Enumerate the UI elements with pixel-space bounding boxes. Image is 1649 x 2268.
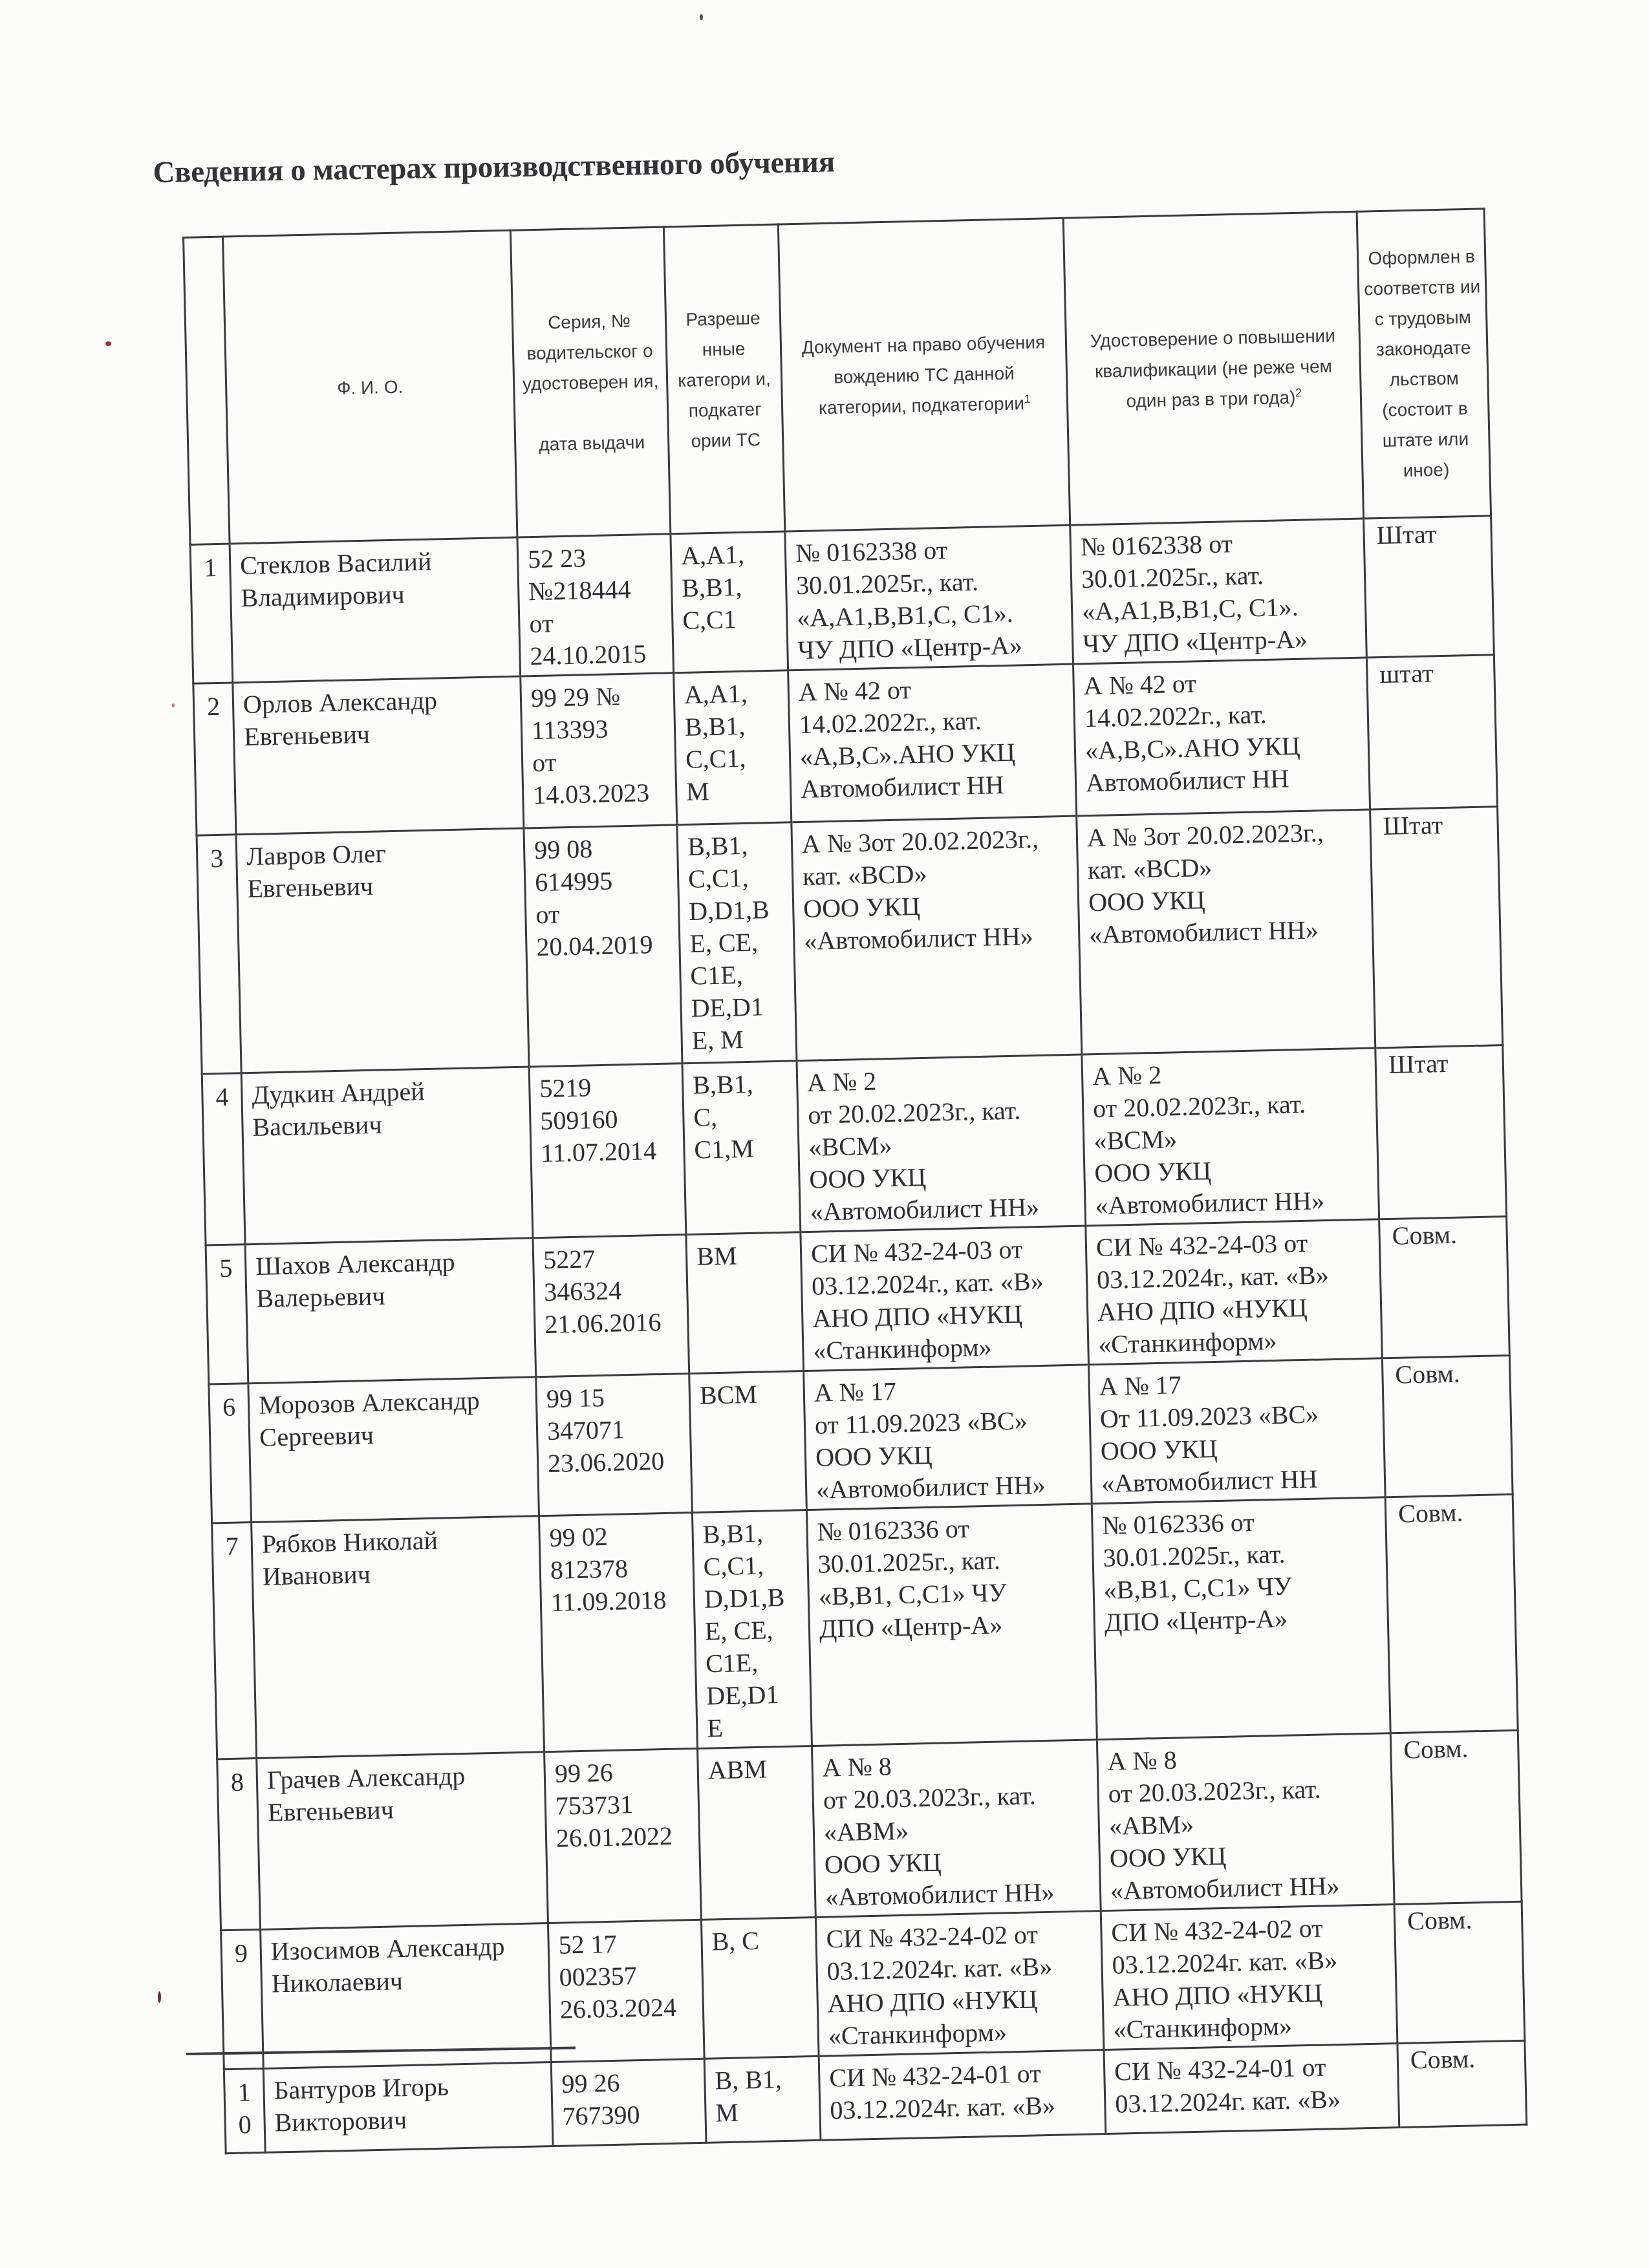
training-doc-cell-text: СИ № 432-24-01 от 03.12.2024г. кат. «В» bbox=[820, 2051, 1105, 2130]
fio-cell: Рябков Николай Иванович bbox=[252, 1516, 544, 1759]
table-row: 8Грачев Александр Евгеньевич99 26 753731… bbox=[217, 1730, 1522, 1931]
license-cell-text: 99 15 347071 23.06.2020 bbox=[537, 1375, 691, 1482]
employment-status-cell-text: Штат bbox=[1371, 808, 1497, 842]
categories-cell-text: B,B1, C,C1, D,D1,B E, CE, C1E, DE,D1 E bbox=[693, 1511, 811, 1748]
table-row: 4Дудкин Андрей Васильевич5219 509160 11.… bbox=[202, 1045, 1506, 1246]
fio-cell-text: Изосимов Александр Николаевич bbox=[261, 1924, 548, 2003]
training-doc-cell-text: СИ № 432-24-02 от 03.12.2024г. кат. «В» … bbox=[817, 1912, 1103, 2055]
qualification-cert-cell-text: А № 2 от 20.02.2023г., кат. «ВСМ» ООО УК… bbox=[1083, 1049, 1378, 1225]
categories-cell-text: B,B1, C,C1, D,D1,B E, CE, C1E, DE,D1 E, … bbox=[678, 823, 795, 1060]
row-number: 4 bbox=[202, 1073, 245, 1245]
qualification-cert-cell-text: СИ № 432-24-01 от 03.12.2024г. кат. «В» bbox=[1105, 2044, 1398, 2123]
footnote-mark: 2 bbox=[1295, 386, 1302, 399]
employment-status-cell: Совм. bbox=[1390, 1730, 1522, 1904]
header-license: Серия, № водительског о удостоверен ия, … bbox=[510, 227, 670, 537]
header-categories: Разреше нные категори и, подкатег ории Т… bbox=[663, 224, 784, 534]
table-row: 6Морозов Александр Сергеевич99 15 347071… bbox=[209, 1355, 1513, 1523]
license-cell: 5219 509160 11.07.2014 bbox=[529, 1064, 686, 1238]
training-doc-cell-text: А № 42 от 14.02.2022г., кат. «А,В,С».АНО… bbox=[789, 665, 1075, 809]
row-number: 9 bbox=[221, 1929, 264, 2069]
license-cell-text: 99 08 614995 от 20.04.2019 bbox=[524, 826, 679, 966]
qualification-cert-cell: СИ № 432-24-03 от 03.12.2024г., кат. «В»… bbox=[1086, 1219, 1383, 1365]
table-row: 3Лавров Олег Евгеньевич99 08 614995 от 2… bbox=[197, 807, 1503, 1075]
fio-cell-text: Шахов Александр Валерьевич bbox=[246, 1239, 533, 1318]
training-doc-cell: № 0162336 от 30.01.2025г., кат. «В,В1, С… bbox=[806, 1504, 1097, 1746]
categories-cell: A,A1, B,B1, C,C1 bbox=[671, 531, 788, 673]
fio-cell-text: Орлов Александр Евгеньевич bbox=[233, 678, 521, 756]
training-doc-cell: А № 17 от 11.09.2023 «ВС» ООО УКЦ «Автом… bbox=[804, 1365, 1092, 1510]
training-doc-cell-text: СИ № 432-24-03 от 03.12.2024г., кат. «В»… bbox=[801, 1226, 1088, 1370]
scan-speck bbox=[158, 1991, 161, 2003]
scan-speck bbox=[105, 341, 111, 346]
license-cell: 99 26 753731 26.01.2022 bbox=[544, 1748, 702, 1923]
table-row: 2Орлов Александр Евгеньевич99 29 № 11339… bbox=[193, 655, 1498, 836]
header-training-doc: Документ на право обучения вождению ТС д… bbox=[778, 218, 1070, 531]
license-cell: 99 29 № 113393 от 14.03.2023 bbox=[521, 673, 677, 828]
row-number: 5 bbox=[206, 1245, 248, 1384]
fio-cell-text: Дудкин Андрей Васильевич bbox=[242, 1067, 530, 1146]
fio-cell: Орлов Александр Евгеньевич bbox=[233, 676, 524, 835]
fio-cell: Дудкин Андрей Васильевич bbox=[241, 1067, 533, 1245]
row-number-text: 1 bbox=[191, 545, 230, 584]
row-number: 6 bbox=[209, 1384, 252, 1523]
license-cell-text: 5219 509160 11.07.2014 bbox=[530, 1064, 684, 1172]
employment-status-cell-text: Совм. bbox=[1386, 1495, 1513, 1530]
fio-cell-text: Морозов Александр Сергеевич bbox=[249, 1378, 536, 1457]
categories-cell-text: B,B1, C, C1,M bbox=[684, 1062, 799, 1169]
row-number-text: 6 bbox=[210, 1384, 248, 1424]
license-cell-text: 5227 346324 21.06.2016 bbox=[533, 1236, 687, 1343]
table-row: 9Изосимов Александр Николаевич52 17 0023… bbox=[221, 1901, 1525, 2070]
categories-cell: BCM bbox=[689, 1371, 807, 1513]
fio-cell-text: Грачев Александр Евгеньевич bbox=[257, 1753, 544, 1832]
categories-cell-text: ABM bbox=[698, 1747, 812, 1790]
qualification-cert-cell-text: А № 42 от 14.02.2022г., кат. «А,В,С».АНО… bbox=[1074, 659, 1369, 802]
qualification-cert-cell: А № 8 от 20.03.2023г., кат. «АВМ» ООО УК… bbox=[1097, 1733, 1394, 1911]
license-cell-text: 52 17 002357 26.03.2024 bbox=[549, 1921, 703, 2029]
qualification-cert-cell-text: СИ № 432-24-03 от 03.12.2024г., кат. «В»… bbox=[1086, 1220, 1381, 1364]
license-cell-text: 99 02 812378 11.09.2018 bbox=[540, 1514, 694, 1621]
license-cell-text: 99 26 767390 bbox=[552, 2060, 705, 2135]
categories-cell-text: A,A1, B,B1, C,C1 bbox=[671, 532, 786, 639]
fio-cell-text: Стеклов Василий Владимирович bbox=[231, 539, 518, 617]
qualification-cert-cell-text: № 0162336 от 30.01.2025г., кат. «В,В1, С… bbox=[1093, 1498, 1388, 1642]
training-doc-cell: № 0162338 от 30.01.2025г., кат. «А,А1,В,… bbox=[785, 525, 1073, 670]
row-number: 2 bbox=[193, 683, 236, 835]
fio-cell: Стеклов Василий Владимирович bbox=[230, 537, 521, 683]
fio-cell-text: Бантуров Игорь Викторович bbox=[264, 2063, 552, 2142]
qualification-cert-cell: СИ № 432-24-01 от 03.12.2024г. кат. «В» bbox=[1104, 2044, 1399, 2134]
employment-status-cell-text: Совм. bbox=[1383, 1356, 1509, 1391]
categories-cell-text: A,A1, B,B1, C,C1, M bbox=[674, 671, 790, 811]
training-doc-cell: А № 42 от 14.02.2022г., кат. «А,В,С».АНО… bbox=[788, 664, 1077, 822]
employment-status-cell: штат bbox=[1366, 655, 1497, 809]
training-doc-cell: СИ № 432-24-01 от 03.12.2024г. кат. «В» bbox=[819, 2050, 1106, 2141]
masters-table-container: Ф. И. О. Серия, № водительског о удостов… bbox=[182, 208, 1527, 2154]
header-qualification-cert: Удостоверение о повышении квалификации (… bbox=[1063, 211, 1363, 525]
categories-cell: B,B1, C,C1, D,D1,B E, CE, C1E, DE,D1 E, … bbox=[677, 822, 797, 1064]
categories-cell-text: B, B1, M bbox=[706, 2057, 819, 2132]
license-cell-text: 99 29 № 113393 от 14.03.2023 bbox=[521, 674, 676, 814]
row-number: 1 bbox=[190, 544, 233, 683]
qualification-cert-cell-text: СИ № 432-24-02 от 03.12.2024г. кат. «В» … bbox=[1102, 1905, 1397, 2049]
license-cell-text: 52 23 №218444 от 24.10.2015 bbox=[518, 535, 673, 675]
row-number: 1 0 bbox=[224, 2068, 265, 2153]
row-number-text: 1 0 bbox=[225, 2070, 264, 2141]
employment-status-cell-text: Совм. bbox=[1398, 2042, 1524, 2077]
employment-status-cell: Совм. bbox=[1394, 1901, 1525, 2043]
categories-cell: A,A1, B,B1, C,C1, M bbox=[674, 670, 792, 825]
qualification-cert-cell: № 0162338 от 30.01.2025г., кат. «А,А1,В,… bbox=[1070, 519, 1367, 664]
qualification-cert-cell-text: А № 17 От 11.09.2023 «ВС» ООО УКЦ «Автом… bbox=[1090, 1359, 1385, 1503]
training-doc-cell-text: А № 2 от 20.02.2023г., кат. «ВСМ» ООО УК… bbox=[798, 1056, 1085, 1232]
scan-speck bbox=[700, 14, 703, 20]
employment-status-cell: Совм. bbox=[1385, 1494, 1518, 1733]
training-doc-cell: А № 3от 20.02.2023г., кат. «BCD» ООО УКЦ… bbox=[792, 816, 1082, 1061]
row-number-text: 5 bbox=[207, 1245, 245, 1285]
header-row: Ф. И. О. Серия, № водительског о удостов… bbox=[184, 209, 1491, 544]
employment-status-cell: Штат bbox=[1375, 1045, 1507, 1219]
employment-status-cell-text: Совм. bbox=[1392, 1731, 1518, 1766]
fio-cell-text: Рябков Николай Иванович bbox=[252, 1517, 539, 1596]
employment-status-cell: Совм. bbox=[1397, 2040, 1527, 2127]
training-doc-cell: СИ № 432-24-03 от 03.12.2024г., кат. «В»… bbox=[801, 1226, 1089, 1371]
qualification-cert-cell: СИ № 432-24-02 от 03.12.2024г. кат. «В» … bbox=[1101, 1905, 1397, 2050]
training-doc-cell-text: А № 17 от 11.09.2023 «ВС» ООО УКЦ «Автом… bbox=[804, 1365, 1091, 1509]
table-row: 5Шахов Александр Валерьевич5227 346324 2… bbox=[206, 1216, 1509, 1384]
categories-cell-text: B, C bbox=[702, 1918, 815, 1961]
table-row: 7Рябков Николай Иванович99 02 812378 11.… bbox=[212, 1494, 1518, 1759]
training-doc-cell-text: А № 8 от 20.03.2023г., кат. «АВМ» ООО УК… bbox=[813, 1740, 1100, 1916]
qualification-cert-cell: № 0162336 от 30.01.2025г., кат. «В,В1, С… bbox=[1092, 1497, 1390, 1740]
employment-status-cell-text: штат bbox=[1368, 656, 1494, 690]
employment-status-cell: Штат bbox=[1370, 807, 1503, 1048]
employment-status-cell: Совм. bbox=[1379, 1216, 1510, 1358]
header-employment: Оформлен в соответств ии с трудовым зако… bbox=[1357, 209, 1491, 519]
employment-status-cell-text: Совм. bbox=[1380, 1217, 1506, 1252]
qualification-cert-cell: А № 17 От 11.09.2023 «ВС» ООО УКЦ «Автом… bbox=[1089, 1358, 1386, 1504]
training-doc-cell-text: № 0162338 от 30.01.2025г., кат. «А,А1,В,… bbox=[786, 526, 1072, 670]
training-doc-cell-text: А № 3от 20.02.2023г., кат. «BCD» ООО УКЦ… bbox=[792, 817, 1079, 961]
categories-cell-text: BM bbox=[687, 1233, 800, 1276]
masters-table: Ф. И. О. Серия, № водительског о удостов… bbox=[182, 208, 1527, 2154]
employment-status-cell: Штат bbox=[1364, 516, 1494, 658]
qualification-cert-cell-text: А № 3от 20.02.2023г., кат. «BCD» ООО УКЦ… bbox=[1077, 811, 1372, 954]
fio-cell: Морозов Александр Сергеевич bbox=[248, 1377, 539, 1523]
employment-status-cell: Совм. bbox=[1382, 1355, 1513, 1497]
employment-status-cell-text: Штат bbox=[1364, 517, 1491, 551]
fio-cell: Шахов Александр Валерьевич bbox=[245, 1238, 536, 1384]
qualification-cert-cell-text: А № 8 от 20.03.2023г., кат. «АВМ» ООО УК… bbox=[1098, 1734, 1394, 1910]
page-title: Сведения о мастерах производственного об… bbox=[153, 144, 835, 190]
fio-cell-text: Лавров Олег Евгеньевич bbox=[237, 829, 524, 908]
categories-cell: BM bbox=[686, 1232, 804, 1374]
row-number-text: 4 bbox=[203, 1074, 241, 1113]
row-number-text: 3 bbox=[198, 835, 236, 875]
categories-cell: B,B1, C,C1, D,D1,B E, CE, C1E, DE,D1 E bbox=[692, 1510, 812, 1749]
row-number: 3 bbox=[197, 835, 241, 1074]
categories-cell: B, B1, M bbox=[704, 2056, 821, 2143]
license-cell-text: 99 26 753731 26.01.2022 bbox=[545, 1749, 699, 1857]
categories-cell: B, C bbox=[701, 1917, 819, 2059]
table-row: 1Стеклов Василий Владимирович52 23 №2184… bbox=[190, 516, 1494, 684]
header-fio: Ф. И. О. bbox=[223, 230, 517, 544]
license-cell: 99 02 812378 11.09.2018 bbox=[539, 1513, 697, 1752]
row-number: 7 bbox=[212, 1523, 257, 1759]
categories-cell-text: BCM bbox=[690, 1372, 803, 1415]
training-doc-cell: СИ № 432-24-02 от 03.12.2024г. кат. «В» … bbox=[815, 1911, 1104, 2057]
header-num bbox=[184, 237, 230, 544]
employment-status-cell-text: Совм. bbox=[1396, 1903, 1522, 1938]
qualification-cert-cell-text: № 0162338 от 30.01.2025г., кат. «А,А1,В,… bbox=[1071, 520, 1366, 663]
qualification-cert-cell: А № 42 от 14.02.2022г., кат. «А,В,С».АНО… bbox=[1073, 658, 1370, 816]
footnote-mark: 1 bbox=[1024, 392, 1031, 405]
employment-status-cell-text: Штат bbox=[1376, 1046, 1502, 1081]
training-doc-cell: А № 2 от 20.02.2023г., кат. «ВСМ» ООО УК… bbox=[797, 1054, 1086, 1232]
license-cell: 99 26 767390 bbox=[551, 2059, 706, 2146]
training-doc-cell: А № 8 от 20.03.2023г., кат. «АВМ» ООО УК… bbox=[812, 1740, 1101, 1918]
fio-cell: Изосимов Александр Николаевич bbox=[261, 1923, 552, 2069]
row-number-text: 8 bbox=[218, 1759, 256, 1799]
training-doc-cell-text: № 0162336 от 30.01.2025г., кат. «В,В1, С… bbox=[808, 1504, 1094, 1648]
license-cell: 99 15 347071 23.06.2020 bbox=[536, 1374, 693, 1516]
fio-cell: Бантуров Игорь Викторович bbox=[263, 2062, 553, 2153]
license-cell: 99 08 614995 от 20.04.2019 bbox=[524, 825, 682, 1067]
categories-cell: ABM bbox=[698, 1746, 816, 1920]
qualification-cert-cell: А № 3от 20.02.2023г., кат. «BCD» ООО УКЦ… bbox=[1077, 809, 1375, 1054]
license-cell: 52 17 002357 26.03.2024 bbox=[548, 1920, 704, 2062]
license-cell: 5227 346324 21.06.2016 bbox=[533, 1235, 689, 1377]
row-number-text: 9 bbox=[222, 1931, 260, 1970]
row-number: 8 bbox=[217, 1759, 261, 1931]
categories-cell: B,B1, C, C1,M bbox=[682, 1061, 801, 1235]
row-number-text: 2 bbox=[194, 683, 232, 723]
scan-speck bbox=[172, 703, 175, 707]
qualification-cert-cell: А № 2 от 20.02.2023г., кат. «ВСМ» ООО УК… bbox=[1082, 1048, 1379, 1226]
license-cell: 52 23 №218444 от 24.10.2015 bbox=[517, 534, 674, 676]
fio-cell: Грачев Александр Евгеньевич bbox=[257, 1752, 548, 1930]
fio-cell: Лавров Олег Евгеньевич bbox=[236, 828, 529, 1073]
row-number-text: 7 bbox=[213, 1523, 251, 1563]
